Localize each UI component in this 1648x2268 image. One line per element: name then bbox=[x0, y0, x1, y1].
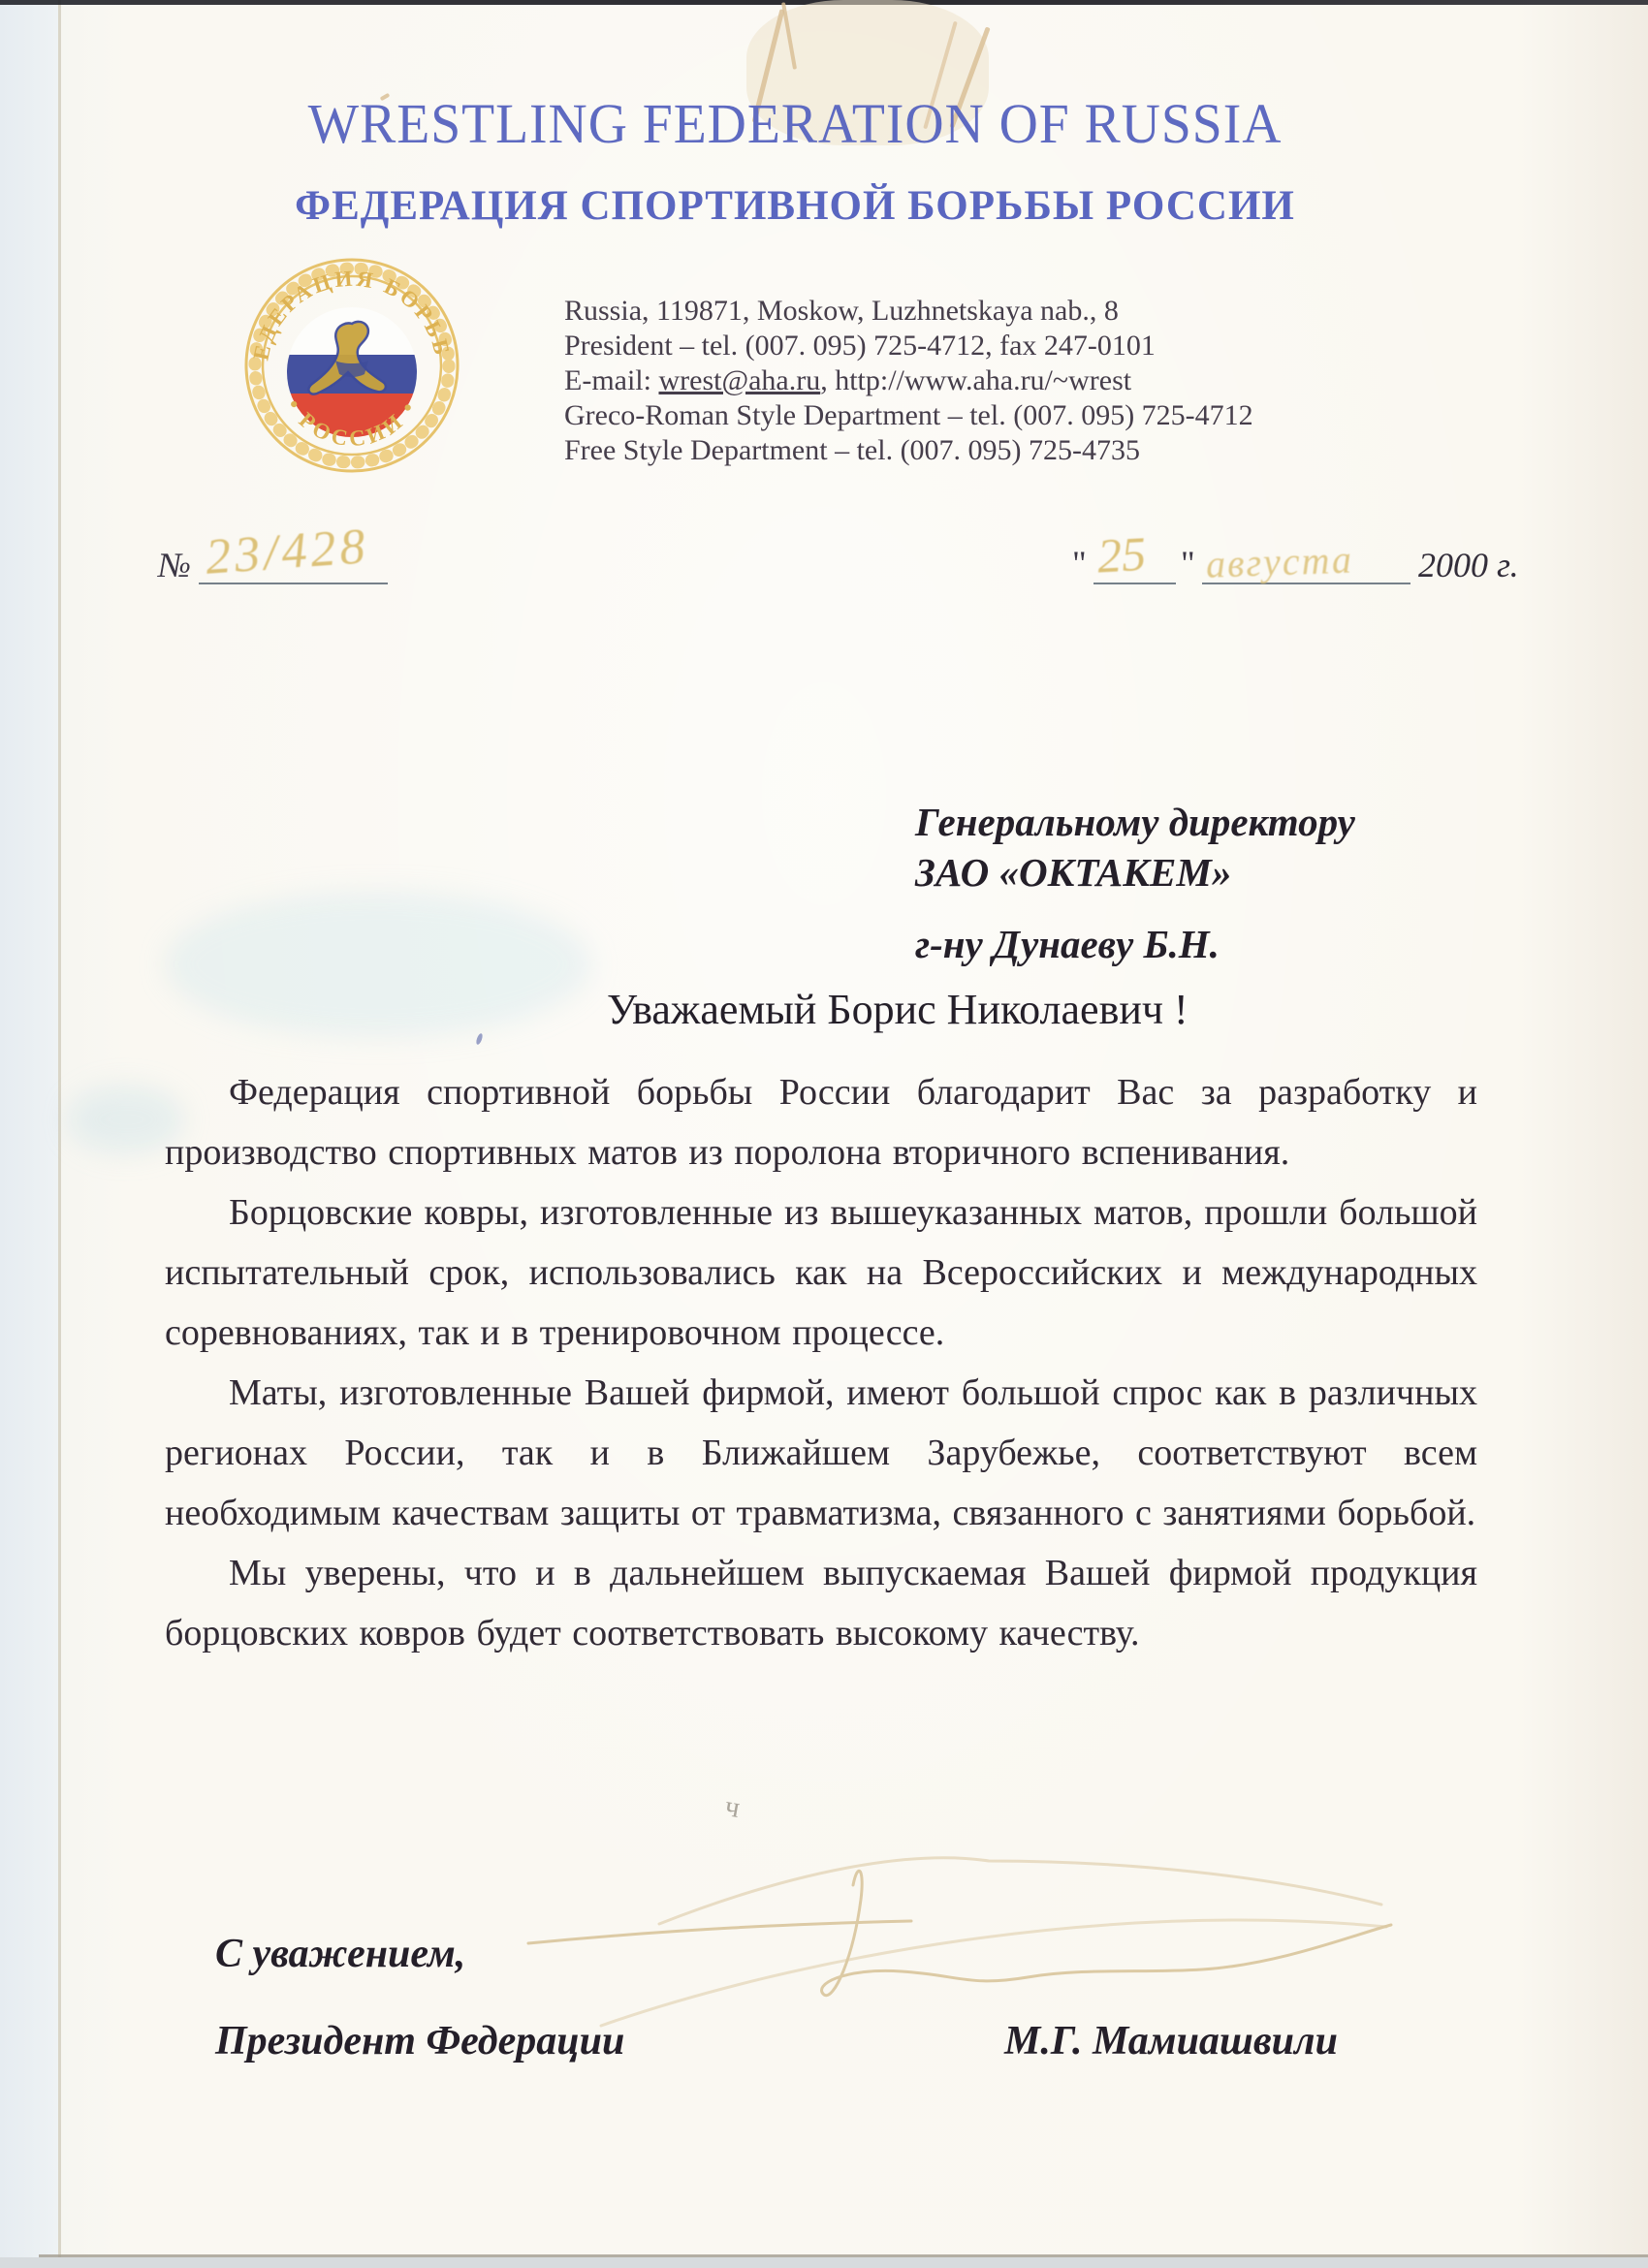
ink-smudge bbox=[165, 892, 591, 1037]
date-year: 2000 г. bbox=[1418, 545, 1519, 585]
closing-regards: С уважением, bbox=[215, 1931, 465, 1977]
scan-bottom-strip bbox=[0, 2257, 1648, 2268]
scan-left-margin bbox=[0, 0, 58, 2268]
letterhead-title-ru: ФЕДЕРАЦИЯ СПОРТИВНОЙ БОРЬБЫ РОССИИ bbox=[0, 182, 1590, 230]
website-address: , http://www.aha.ru/~wrest bbox=[820, 364, 1131, 396]
recipient-position: Генеральному директору bbox=[915, 797, 1355, 847]
date-day-handwritten: 25 bbox=[1096, 525, 1148, 584]
contact-free-style-line: Free Style Department – tel. (007. 095) … bbox=[564, 433, 1301, 468]
body-paragraph: Маты, изготовленные Вашей фирмой, имеют … bbox=[165, 1363, 1477, 1543]
scanned-letter-page: WRESTLING FEDERATION OF RUSSIA ФЕДЕРАЦИЯ… bbox=[0, 0, 1648, 2268]
federation-emblem-icon: ФЕДЕРАЦИЯ БОРЬБЫ • РОССИИ • bbox=[242, 256, 461, 475]
date-close-quote: " bbox=[1181, 543, 1195, 583]
letterhead-title-en: WRESTLING FEDERATION OF RUSSIA bbox=[32, 91, 1558, 156]
letter-body: Федерация спортивной борьбы России благо… bbox=[165, 1062, 1477, 1663]
contact-email-line: E-mail: wrest@aha.ru, http://www.aha.ru/… bbox=[564, 363, 1301, 398]
signer-title: Президент Федерации bbox=[215, 2018, 624, 2064]
pencil-mark: ч bbox=[722, 1790, 743, 1825]
email-address: wrest@aha.ru bbox=[658, 364, 820, 396]
ink-dot bbox=[475, 1033, 484, 1046]
date-month-handwritten: августа bbox=[1205, 536, 1353, 586]
body-paragraph: Борцовские ковры, изготовленные из вышеу… bbox=[165, 1182, 1477, 1363]
contact-address-line: Russia, 119871, Moskow, Luzhnetskaya nab… bbox=[564, 294, 1301, 329]
contact-president-line: President – tel. (007. 095) 725-4712, fa… bbox=[564, 329, 1301, 363]
signer-name: М.Г. Мамиашвили bbox=[1004, 2018, 1338, 2064]
ref-number-handwritten: 23/428 bbox=[204, 518, 370, 586]
recipient-company: ЗАО «ОКТАКЕМ» bbox=[915, 847, 1355, 898]
contact-greco-roman-line: Greco-Roman Style Department – tel. (007… bbox=[564, 398, 1301, 433]
recipient-block: Генеральному директору ЗАО «ОКТАКЕМ» г-н… bbox=[915, 797, 1355, 969]
ref-number-label: № bbox=[158, 545, 191, 585]
body-paragraph: Федерация спортивной борьбы России благо… bbox=[165, 1062, 1477, 1182]
paper-left-edge bbox=[58, 0, 61, 2268]
body-paragraph: Мы уверены, что и в дальнейшем выпускаем… bbox=[165, 1543, 1477, 1663]
salutation: Уважаемый Борис Николаевич ! bbox=[607, 985, 1188, 1034]
contact-block: Russia, 119871, Moskow, Luzhnetskaya nab… bbox=[564, 294, 1301, 468]
date-open-quote: " bbox=[1072, 543, 1087, 583]
email-label: E-mail: bbox=[564, 364, 658, 396]
recipient-person: г-ну Дунаеву Б.Н. bbox=[915, 919, 1355, 969]
